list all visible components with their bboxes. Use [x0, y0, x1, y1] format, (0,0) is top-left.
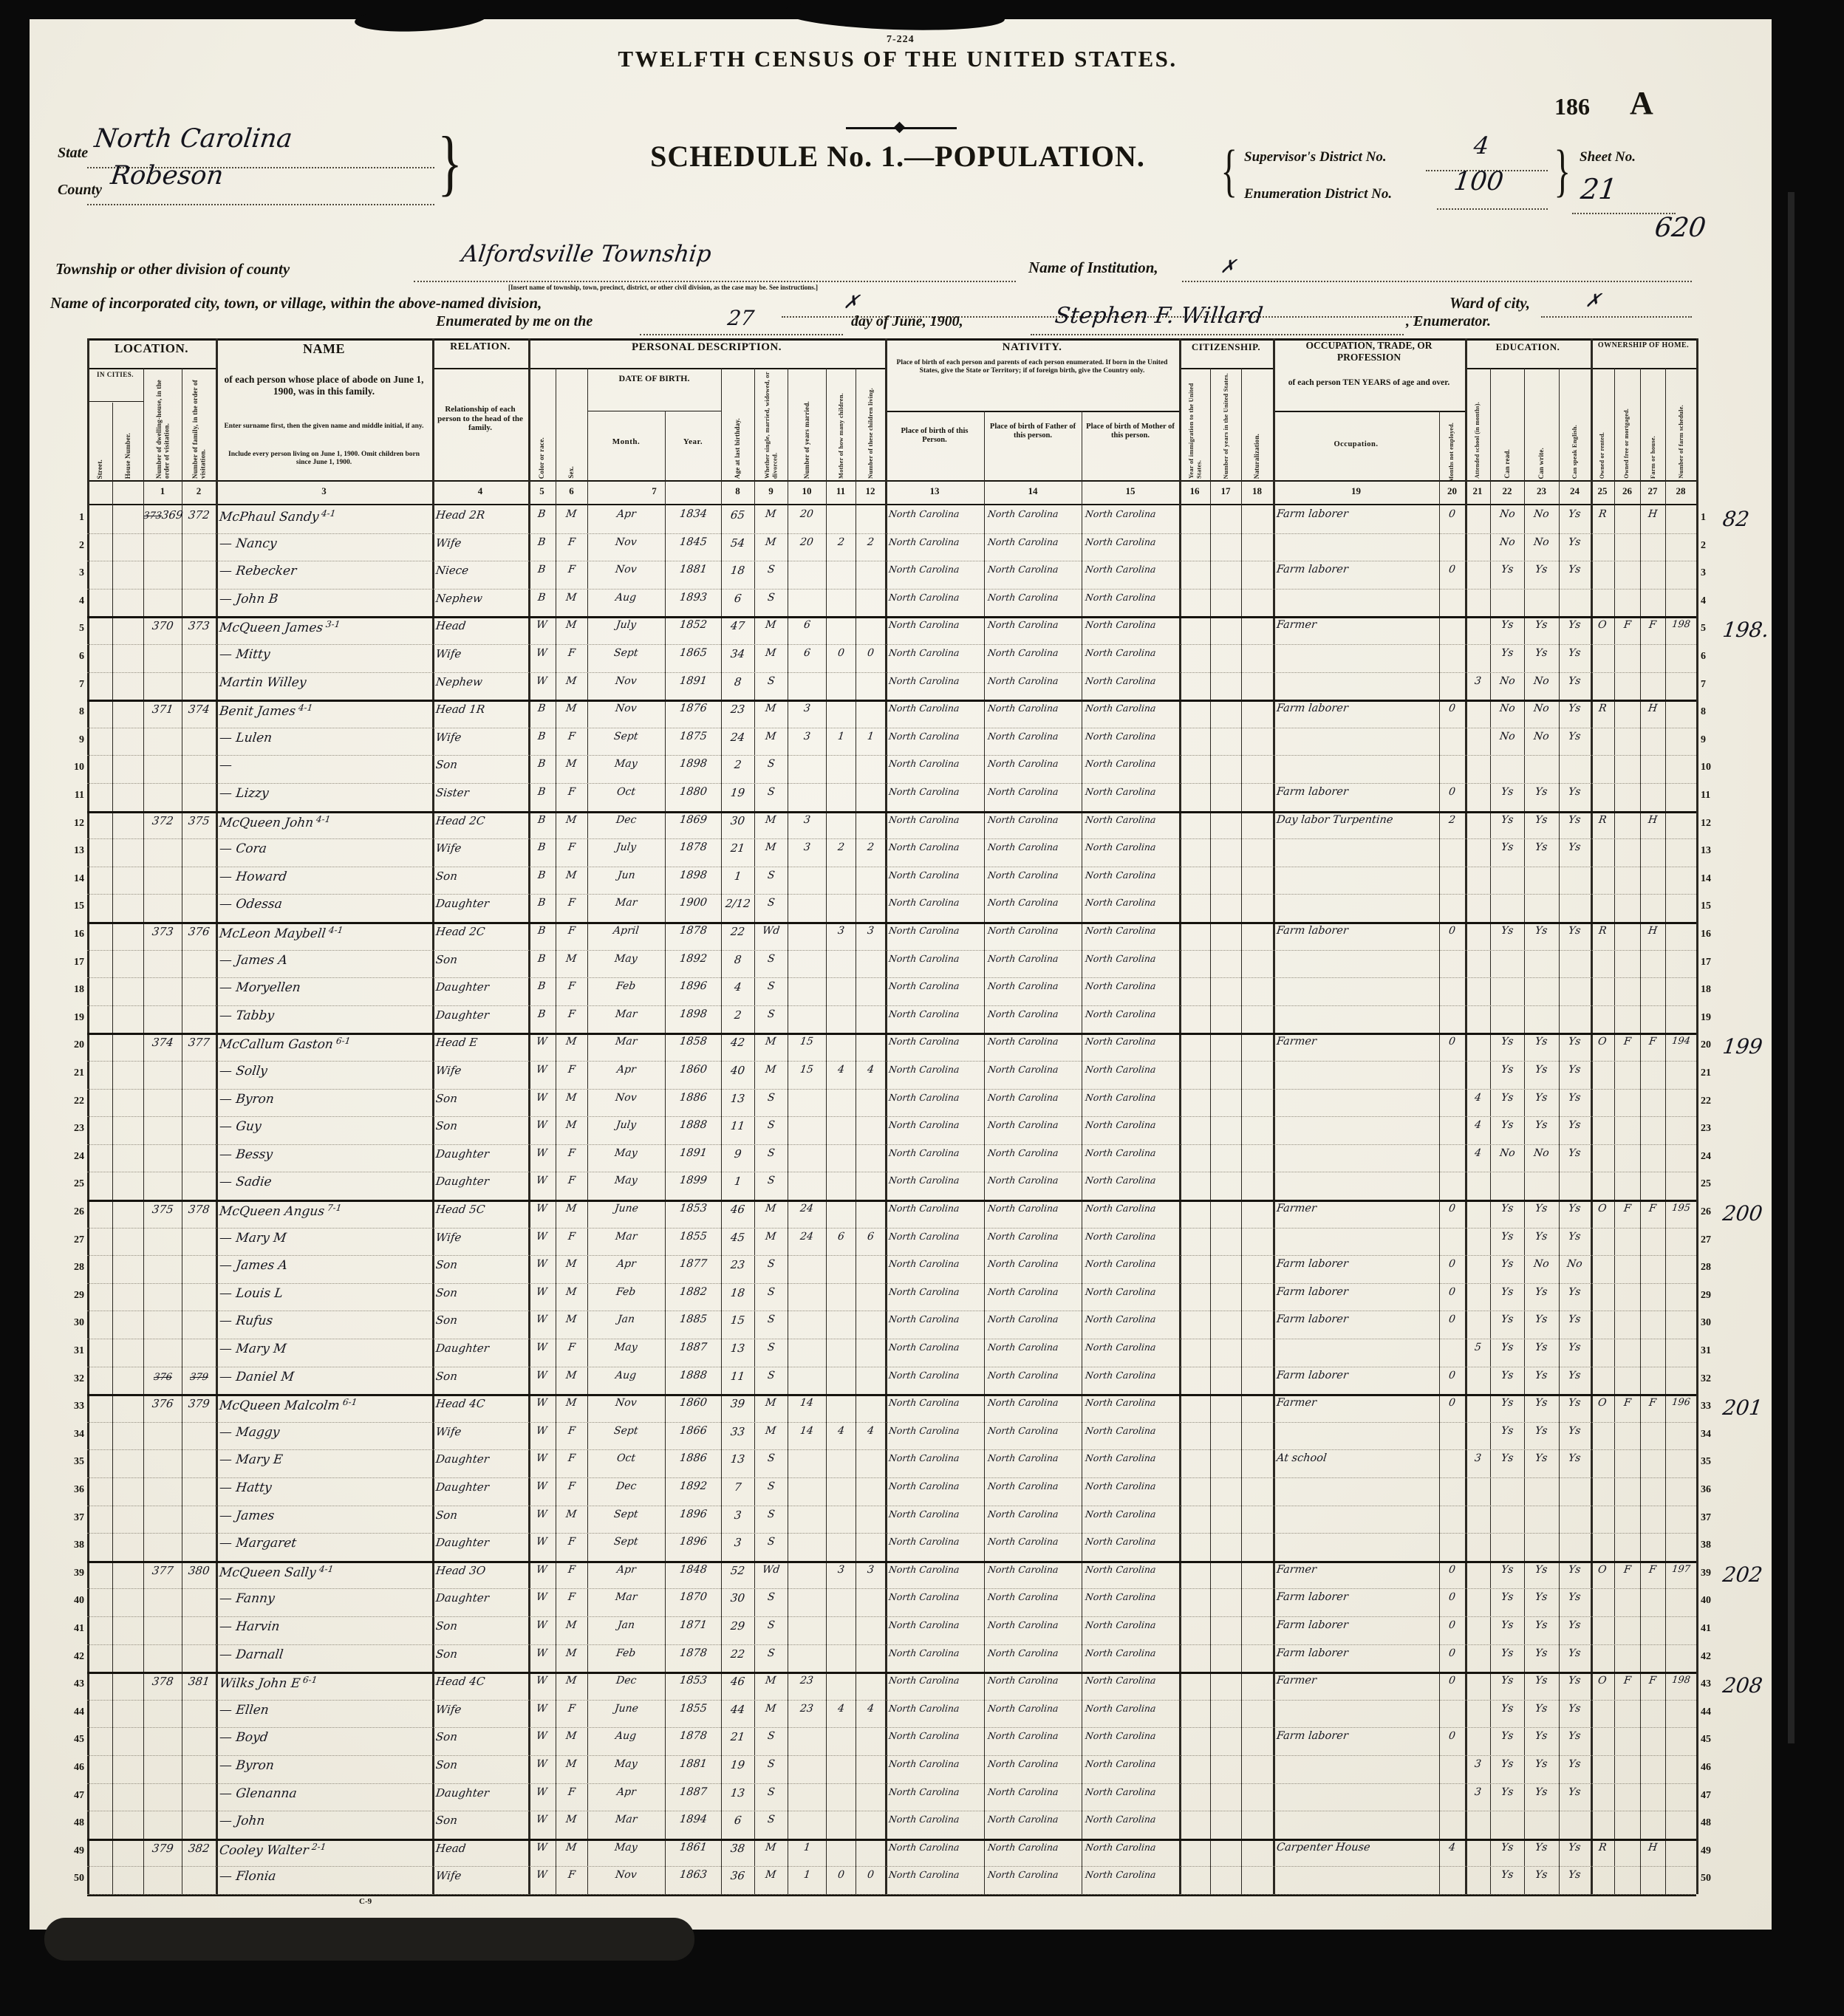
cell-age: 36 [721, 1869, 754, 1882]
cell-dw: 372 [143, 814, 182, 827]
cell-mo: Nov [587, 536, 665, 548]
cell-ch: 3 [826, 925, 856, 937]
cell-rel: Wife [436, 1425, 527, 1438]
cell-mo: June [587, 1203, 665, 1214]
cell-pm: North Carolina [1085, 1591, 1178, 1602]
cell-pb: North Carolina [889, 564, 983, 575]
column-number: 26 [1614, 485, 1640, 497]
row-number-right: 14 [1701, 873, 1726, 885]
cell-c: W [528, 1647, 556, 1659]
cell-pb: North Carolina [889, 925, 983, 936]
column-number: 19 [1273, 485, 1439, 497]
cell-name: — Lizzy [219, 786, 431, 801]
cell-wr: Ys [1524, 1064, 1559, 1076]
cell-pm: North Carolina [1085, 1036, 1178, 1047]
cell-s: F [556, 647, 587, 659]
cell-mo: May [587, 1175, 665, 1186]
cell-yr: 1853 [665, 1675, 721, 1687]
cell-sch: 3 [1465, 1758, 1490, 1770]
margin-note: 82 [1723, 507, 1769, 531]
cell-mne: 0 [1439, 786, 1465, 798]
cell-yr: 1878 [665, 1730, 721, 1742]
row-number-right: 46 [1701, 1762, 1726, 1774]
cell-name: — Byron [219, 1758, 431, 1773]
cell-mo: July [587, 841, 665, 853]
cell-occ: Farmer [1277, 619, 1438, 631]
cell-mo: Sept [587, 647, 665, 659]
cell-mo: Aug [587, 592, 665, 604]
cell-pf: North Carolina [988, 731, 1081, 742]
cell-rel: Son [436, 1313, 527, 1327]
cell-wr: No [1524, 731, 1559, 742]
cell-mne: 0 [1439, 1619, 1465, 1631]
row-number-left: 16 [68, 929, 84, 940]
cell-c: W [528, 1675, 556, 1687]
cell-pf: North Carolina [988, 1008, 1081, 1019]
row-number-right: 11 [1701, 790, 1726, 802]
cell-name: — Ellen [219, 1703, 431, 1718]
cell-rd: Ys [1490, 647, 1524, 659]
cell-pb: North Carolina [889, 1119, 983, 1130]
row-number-right: 24 [1701, 1151, 1726, 1163]
cell-fam: 372 [182, 508, 216, 522]
cell-c: W [528, 1703, 556, 1715]
cell-wr: Ys [1524, 647, 1559, 659]
cell-name: — [219, 758, 431, 773]
cell-lv: 4 [856, 1703, 885, 1715]
cell-ym: 14 [788, 1397, 826, 1409]
cell-rel: Daughter [436, 1786, 527, 1800]
grid-line [1179, 368, 1273, 369]
cell-occ: Farmer [1277, 1675, 1438, 1687]
cell-pb: North Carolina [889, 1536, 983, 1547]
cell-pb: North Carolina [889, 1036, 983, 1047]
cell-s: M [556, 619, 587, 631]
cell-pm: North Carolina [1085, 925, 1178, 936]
grid-line [1591, 368, 1696, 369]
cell-name: Benit James4-1 [219, 703, 431, 719]
cell-m: S [754, 1092, 788, 1104]
cell-pb: North Carolina [889, 1703, 983, 1714]
row-number-left: 1 [68, 512, 84, 524]
column-number: 7 [587, 485, 721, 497]
cell-yr: 1888 [665, 1370, 721, 1381]
cell-wr: No [1524, 1258, 1559, 1270]
cell-ym: 23 [788, 1675, 826, 1687]
cell-s: F [556, 1231, 587, 1243]
cell-yr: 1898 [665, 758, 721, 770]
cell-age: 30 [721, 1591, 754, 1605]
cell-ch: 6 [826, 1231, 856, 1243]
row-number-left: 3 [68, 567, 84, 579]
cell-en: Ys [1559, 1203, 1591, 1214]
cell-m: S [754, 1119, 788, 1131]
cell-s: M [556, 814, 587, 826]
cell-en: Ys [1559, 1619, 1591, 1631]
cell-pf: North Carolina [988, 1564, 1081, 1575]
cell-fam: 377 [182, 1036, 216, 1049]
cell-age: 13 [721, 1092, 754, 1105]
cell-name: — Cora [219, 841, 431, 856]
cell-name: — Margaret [219, 1536, 431, 1551]
cell-c: B [528, 814, 556, 826]
cell-pb: North Carolina [889, 786, 983, 797]
table-row: — BoydSonWMAug187821SNorth CarolinaNorth… [87, 1727, 1696, 1756]
cell-rel: Head 2C [436, 814, 527, 827]
cell-fam: 382 [182, 1842, 216, 1855]
cell-m: S [754, 1480, 788, 1492]
cell-age: 15 [721, 1313, 754, 1327]
cell-rd: No [1490, 536, 1524, 548]
cell-yr: 1891 [665, 675, 721, 687]
cell-rel: Daughter [436, 1452, 527, 1466]
cell-yr: 1853 [665, 1203, 721, 1214]
cell-name: — Hatty [219, 1480, 431, 1495]
cell-fam: 380 [182, 1564, 216, 1577]
cell-m: S [754, 1175, 788, 1186]
cell-mo: Aug [587, 1370, 665, 1381]
cell-mne: 0 [1439, 1564, 1465, 1576]
cell-mo: Nov [587, 675, 665, 687]
column-header-c12: Number of these children living. [856, 369, 885, 479]
row-number-left: 30 [68, 1317, 84, 1329]
cell-occ: At school [1277, 1452, 1438, 1464]
table-row: 373 369372McPhaul Sandy4-1Head 2RBMApr18… [87, 505, 1696, 534]
cell-age: 19 [721, 1758, 754, 1771]
row-number-left: 47 [68, 1790, 84, 1802]
cell-ym: 1 [788, 1842, 826, 1853]
cell-pb: North Carolina [889, 1342, 983, 1353]
cell-pf: North Carolina [988, 953, 1081, 964]
table-row: — HarvinSonWMJan187129SNorth CarolinaNor… [87, 1616, 1696, 1645]
row-number-right: 21 [1701, 1067, 1726, 1079]
cell-pm: North Carolina [1085, 1869, 1178, 1880]
table-row: — MargaretDaughterWFSept18963SNorth Caro… [87, 1533, 1696, 1563]
cell-pm: North Carolina [1085, 1397, 1178, 1408]
table-row: — DarnallSonWMFeb187822SNorth CarolinaNo… [87, 1644, 1696, 1675]
cell-s: F [556, 1869, 587, 1881]
cell-lv: 0 [856, 1869, 885, 1881]
cell-rel: Wife [436, 536, 527, 550]
cell-ff: F [1614, 1397, 1640, 1409]
cell-yr: 1865 [665, 647, 721, 659]
cell-m: S [754, 1147, 788, 1159]
cell-c: B [528, 980, 556, 992]
cell-rd: Ys [1490, 925, 1524, 937]
cell-fh: F [1640, 1675, 1665, 1687]
column-header-c5: Color or race. [528, 369, 556, 479]
cell-age: 40 [721, 1064, 754, 1077]
cell-ym: 20 [788, 536, 826, 548]
cell-rel: Wife [436, 1231, 527, 1244]
cell-m: Wd [754, 1564, 788, 1576]
cell-pf: North Carolina [988, 1869, 1081, 1880]
cell-name: — Harvin [219, 1619, 431, 1634]
table-row: — SollyWifeWFApr186040M1544North Carolin… [87, 1061, 1696, 1090]
cell-en: Ys [1559, 1842, 1591, 1853]
cell-rel: Daughter [436, 1342, 527, 1355]
cell-yr: 1871 [665, 1619, 721, 1631]
cell-wr: Ys [1524, 1675, 1559, 1687]
cell-name: — Moryellen [219, 980, 431, 995]
group-education: EDUCATION. [1465, 341, 1591, 353]
cell-pb: North Carolina [889, 1675, 983, 1686]
cell-m: S [754, 786, 788, 798]
cell-m: S [754, 1730, 788, 1742]
cell-dw: 378 [143, 1675, 182, 1688]
cell-name: — Daniel M [219, 1370, 431, 1384]
cell-pm: North Carolina [1085, 1758, 1178, 1769]
cell-m: S [754, 1008, 788, 1020]
cell-m: S [754, 1370, 788, 1381]
row-number-right: 28 [1701, 1262, 1726, 1274]
cell-c: B [528, 869, 556, 881]
cell-en: Ys [1559, 1869, 1591, 1881]
cell-en: Ys [1559, 1231, 1591, 1243]
in-cities-label: IN CITIES. [87, 371, 143, 378]
cell-yr: 1848 [665, 1564, 721, 1576]
cell-ym: 3 [788, 841, 826, 853]
cell-fh: F [1640, 1397, 1665, 1409]
table-row: 370373McQueen James3-1HeadWMJuly185247M6… [87, 616, 1696, 645]
cell-mo: Jan [587, 1313, 665, 1325]
cell-sch: 3 [1465, 1786, 1490, 1798]
cell-pm: North Carolina [1085, 1175, 1178, 1186]
cell-occ: Day labor Turpentine [1277, 814, 1438, 826]
margin-note: 198. [1723, 618, 1769, 642]
name-note: Enter surname first, then the given name… [223, 423, 425, 431]
cell-age: 2 [721, 758, 754, 771]
row-number-left: 45 [68, 1734, 84, 1746]
cell-yr: 1869 [665, 814, 721, 826]
cell-rd: Ys [1490, 1313, 1524, 1325]
cell-wr: Ys [1524, 1370, 1559, 1381]
cell-s: M [556, 1508, 587, 1520]
cell-occ: Farm laborer [1277, 1591, 1438, 1603]
cell-pf: North Carolina [988, 1231, 1081, 1242]
cell-c: W [528, 1286, 556, 1298]
cell-yr: 1855 [665, 1231, 721, 1243]
cell-age: 38 [721, 1842, 754, 1855]
cell-m: S [754, 1342, 788, 1353]
cell-name: Martin Willey [219, 675, 431, 690]
cell-yr: 1878 [665, 925, 721, 937]
cell-occ: Farm laborer [1277, 786, 1438, 798]
column-number: 10 [788, 485, 826, 497]
occupation-desc: of each person TEN YEARS of age and over… [1273, 378, 1465, 388]
cell-pb: North Carolina [889, 1370, 983, 1381]
month-label: Month. [587, 437, 665, 446]
cell-s: F [556, 897, 587, 909]
cell-s: F [556, 980, 587, 992]
row-number-right: 17 [1701, 957, 1726, 968]
row-number-left: 42 [68, 1651, 84, 1663]
column-number: 1 [143, 485, 182, 497]
cell-wr: No [1524, 675, 1559, 687]
row-number-right: 9 [1701, 734, 1726, 746]
cell-mne: 0 [1439, 508, 1465, 520]
cell-fs: 198 [1665, 1675, 1696, 1686]
cell-wr: Ys [1524, 1869, 1559, 1881]
cell-yr: 1900 [665, 897, 721, 909]
row-number-right: 42 [1701, 1651, 1726, 1663]
cell-yr: 1845 [665, 536, 721, 548]
cell-rel: Son [436, 1730, 527, 1743]
column-header-c28: Number of farm schedule. [1665, 369, 1696, 479]
cell-yr: 1860 [665, 1064, 721, 1076]
cell-pm: North Carolina [1085, 1814, 1178, 1825]
cell-pm: North Carolina [1085, 1313, 1178, 1325]
cell-en: No [1559, 1258, 1591, 1270]
table-row: — James ASonWMApr187723SNorth CarolinaNo… [87, 1255, 1696, 1284]
cell-fs: 196 [1665, 1397, 1696, 1408]
cell-wr: Ys [1524, 1842, 1559, 1853]
table-row: — Mary MWifeWFMar185545M2466North Caroli… [87, 1228, 1696, 1257]
cell-wr: Ys [1524, 1397, 1559, 1409]
cell-c: W [528, 1591, 556, 1603]
cell-pm: North Carolina [1085, 619, 1178, 630]
cell-age: 2 [721, 1008, 754, 1022]
cell-pb: North Carolina [889, 953, 983, 964]
column-header-c22: Can read. [1490, 369, 1524, 479]
cell-rel: Head 4C [436, 1675, 527, 1688]
row-number-left: 22 [68, 1096, 84, 1107]
column-number: 2 [182, 485, 216, 497]
cell-ch: 2 [826, 841, 856, 853]
table-row: 371374Benit James4-1Head 1RBMNov187623M3… [87, 700, 1696, 728]
cell-name: — John B [219, 592, 431, 606]
cell-own: R [1591, 508, 1614, 520]
row-number-left: 5 [68, 623, 84, 635]
cell-yr: 1881 [665, 1758, 721, 1770]
cell-s: M [556, 758, 587, 770]
cell-pb: North Carolina [889, 1647, 983, 1658]
cell-en: Ys [1559, 1786, 1591, 1798]
cell-pb: North Carolina [889, 1869, 983, 1880]
grid-line [87, 401, 143, 402]
cell-en: Ys [1559, 1564, 1591, 1576]
column-number: 6 [556, 485, 587, 497]
cell-m: M [754, 814, 788, 826]
cell-s: M [556, 1119, 587, 1131]
cell-age: 24 [721, 731, 754, 744]
grid-line [87, 368, 216, 369]
row-number-right: 45 [1701, 1734, 1726, 1746]
cell-dw: 371 [143, 703, 182, 716]
column-header-street: Street. [87, 405, 112, 479]
cell-c: W [528, 1758, 556, 1770]
row-number-left: 28 [68, 1262, 84, 1274]
row-number-left: 43 [68, 1678, 84, 1690]
cell-pf: North Carolina [988, 841, 1081, 852]
cell-ch: 2 [826, 536, 856, 548]
cell-rd: Ys [1490, 1092, 1524, 1104]
cell-pm: North Carolina [1085, 897, 1178, 908]
cell-rd: Ys [1490, 1619, 1524, 1631]
margin-note: 200 [1723, 1201, 1769, 1226]
cell-pf: North Carolina [988, 1258, 1081, 1269]
cell-c: B [528, 536, 556, 548]
cell-name: — Flonia [219, 1869, 431, 1884]
cell-mo: Oct [587, 1452, 665, 1464]
cell-rel: Son [436, 1814, 527, 1827]
cell-rel: Son [436, 1092, 527, 1105]
cell-en: Ys [1559, 1119, 1591, 1131]
cell-yr: 1886 [665, 1092, 721, 1104]
cell-yr: 1852 [665, 619, 721, 631]
relation-desc: Relationship of each person to the head … [436, 405, 525, 433]
cell-m: M [754, 1397, 788, 1409]
row-number-left: 35 [68, 1456, 84, 1468]
cell-rel: Daughter [436, 980, 527, 994]
cell-pm: North Carolina [1085, 1508, 1178, 1520]
row-number-right: 7 [1701, 679, 1726, 691]
cell-s: F [556, 1536, 587, 1548]
cell-lv: 2 [856, 841, 885, 853]
cell-fh: H [1640, 925, 1665, 937]
cell-dw: 375 [143, 1203, 182, 1216]
cell-fam: 381 [182, 1675, 216, 1688]
cell-s: M [556, 1036, 587, 1048]
cell-name: — Solly [219, 1064, 431, 1079]
table-row: —SonBMMay18982SNorth CarolinaNorth Carol… [87, 755, 1696, 784]
column-header-c8: Age at last birthday. [721, 369, 754, 479]
table-row: — EllenWifeWFJune185544M2344North Caroli… [87, 1700, 1696, 1729]
table-row: 379382Cooley Walter2-1HeadWMMay186138M1N… [87, 1839, 1696, 1868]
column-header-c9: Whether single, married, widowed, or div… [754, 369, 788, 479]
column-number: 15 [1082, 485, 1179, 497]
cell-s: M [556, 869, 587, 881]
cell-pm: North Carolina [1085, 869, 1178, 881]
cell-name: — Mary M [219, 1342, 431, 1356]
cell-rd: Ys [1490, 1370, 1524, 1381]
cell-pf: North Carolina [988, 675, 1081, 686]
cell-rd: Ys [1490, 1231, 1524, 1243]
cell-s: F [556, 1703, 587, 1715]
cell-rd: Ys [1490, 814, 1524, 826]
cell-mo: May [587, 953, 665, 965]
cell-yr: 1878 [665, 1647, 721, 1659]
table-row: — RebeckerNieceBFNov188118SNorth Carolin… [87, 561, 1696, 590]
cell-pf: North Carolina [988, 786, 1081, 797]
cell-name: — Mitty [219, 647, 431, 662]
cell-occ: Farm laborer [1277, 925, 1438, 937]
cell-pb: North Carolina [889, 1508, 983, 1520]
column-number: 21 [1465, 485, 1490, 497]
column-header-c14: Place of birth of Father of this person. [988, 423, 1077, 440]
cell-pf: North Carolina [988, 703, 1081, 714]
cell-rd: Ys [1490, 1591, 1524, 1603]
cell-name: — Darnall [219, 1647, 431, 1662]
cell-fam: 376 [182, 925, 216, 938]
column-header-c15: Place of birth of Mother of this person. [1086, 423, 1175, 440]
column-header-c26: Owned free or mortgaged. [1614, 369, 1640, 479]
cell-name: McQueen Sally4-1 [219, 1564, 431, 1580]
cell-age: 4 [721, 980, 754, 994]
cell-c: W [528, 1536, 556, 1548]
cell-lv: 6 [856, 1231, 885, 1243]
cell-pm: North Carolina [1085, 980, 1178, 991]
cell-s: M [556, 1619, 587, 1631]
cell-rd: Ys [1490, 1036, 1524, 1048]
cell-rel: Head 2C [436, 925, 527, 938]
group-name: NAME [216, 341, 432, 357]
cell-yr: 1880 [665, 786, 721, 798]
cell-m: S [754, 1536, 788, 1548]
cell-pb: North Carolina [889, 814, 983, 825]
cell-pb: North Carolina [889, 1397, 983, 1408]
table-row: — SadieDaughterWFMay18991SNorth Carolina… [87, 1172, 1696, 1202]
